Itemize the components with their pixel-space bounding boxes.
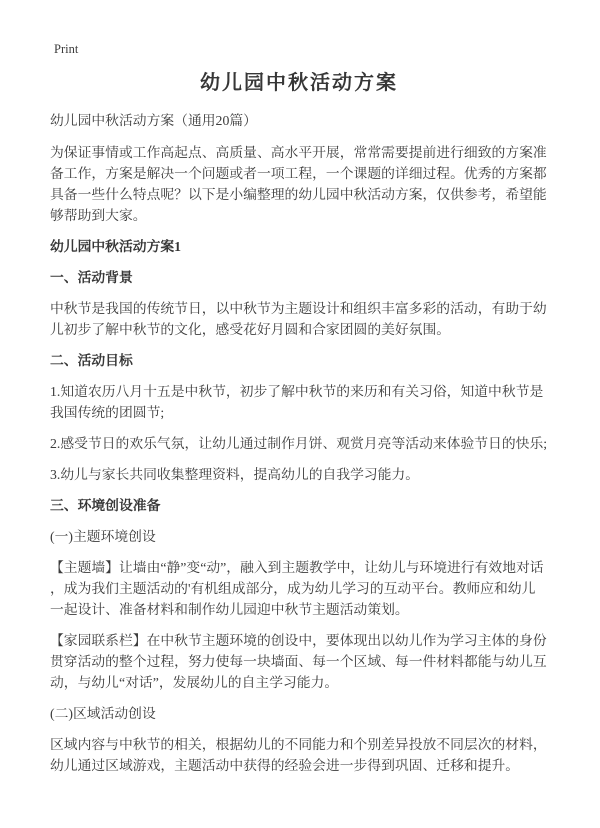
section-heading-goals: 二、活动目标 bbox=[50, 350, 548, 371]
paragraph-goal-2: 2.感受节日的欢乐气氛，让幼儿通过制作月饼、观赏月亮等活动来体验节日的快乐; bbox=[50, 433, 548, 454]
paragraph-goal-1: 1.知道农历八月十五是中秋节，初步了解中秋节的来历和有关习俗，知道中秋节是我国传… bbox=[50, 381, 548, 423]
doc-subtitle: 幼儿园中秋活动方案（通用20篇） bbox=[50, 110, 548, 131]
paragraph-env-subsection-2: (二)区域活动创设 bbox=[50, 703, 548, 724]
article-heading: 幼儿园中秋活动方案1 bbox=[50, 236, 548, 257]
section-heading-background: 一、活动背景 bbox=[50, 267, 548, 288]
section-heading-environment: 三、环境创设准备 bbox=[50, 495, 548, 516]
paragraph-goal-3: 3.幼儿与家长共同收集整理资料，提高幼儿的自我学习能力。 bbox=[50, 464, 548, 485]
paragraph-env-subsection-1: (一)主题环境创设 bbox=[50, 526, 548, 547]
intro-paragraph: 为保证事情或工作高起点、高质量、高水平开展，常常需要提前进行细致的方案准备工作，… bbox=[50, 142, 548, 226]
paragraph-background: 中秋节是我国的传统节日，以中秋节为主题设计和组织丰富多彩的活动，有助于幼儿初步了… bbox=[50, 298, 548, 340]
paragraph-area-activity: 区域内容与中秋节的相关，根据幼儿的不同能力和个别差异投放不同层次的材料，幼儿通过… bbox=[50, 734, 548, 776]
print-link[interactable]: Print bbox=[54, 42, 548, 57]
document-page: Print 幼儿园中秋活动方案 幼儿园中秋活动方案（通用20篇） 为保证事情或工… bbox=[0, 0, 600, 828]
page-title: 幼儿园中秋活动方案 bbox=[50, 70, 548, 97]
paragraph-home-contact: 【家园联系栏】在中秋节主题环境的创设中，要体现出以幼儿作为学习主体的身份贯穿活动… bbox=[50, 630, 548, 693]
paragraph-theme-wall: 【主题墙】让墙由“静”变“动”，融入到主题教学中，让幼儿与环境进行有效地对话，成… bbox=[50, 557, 548, 620]
